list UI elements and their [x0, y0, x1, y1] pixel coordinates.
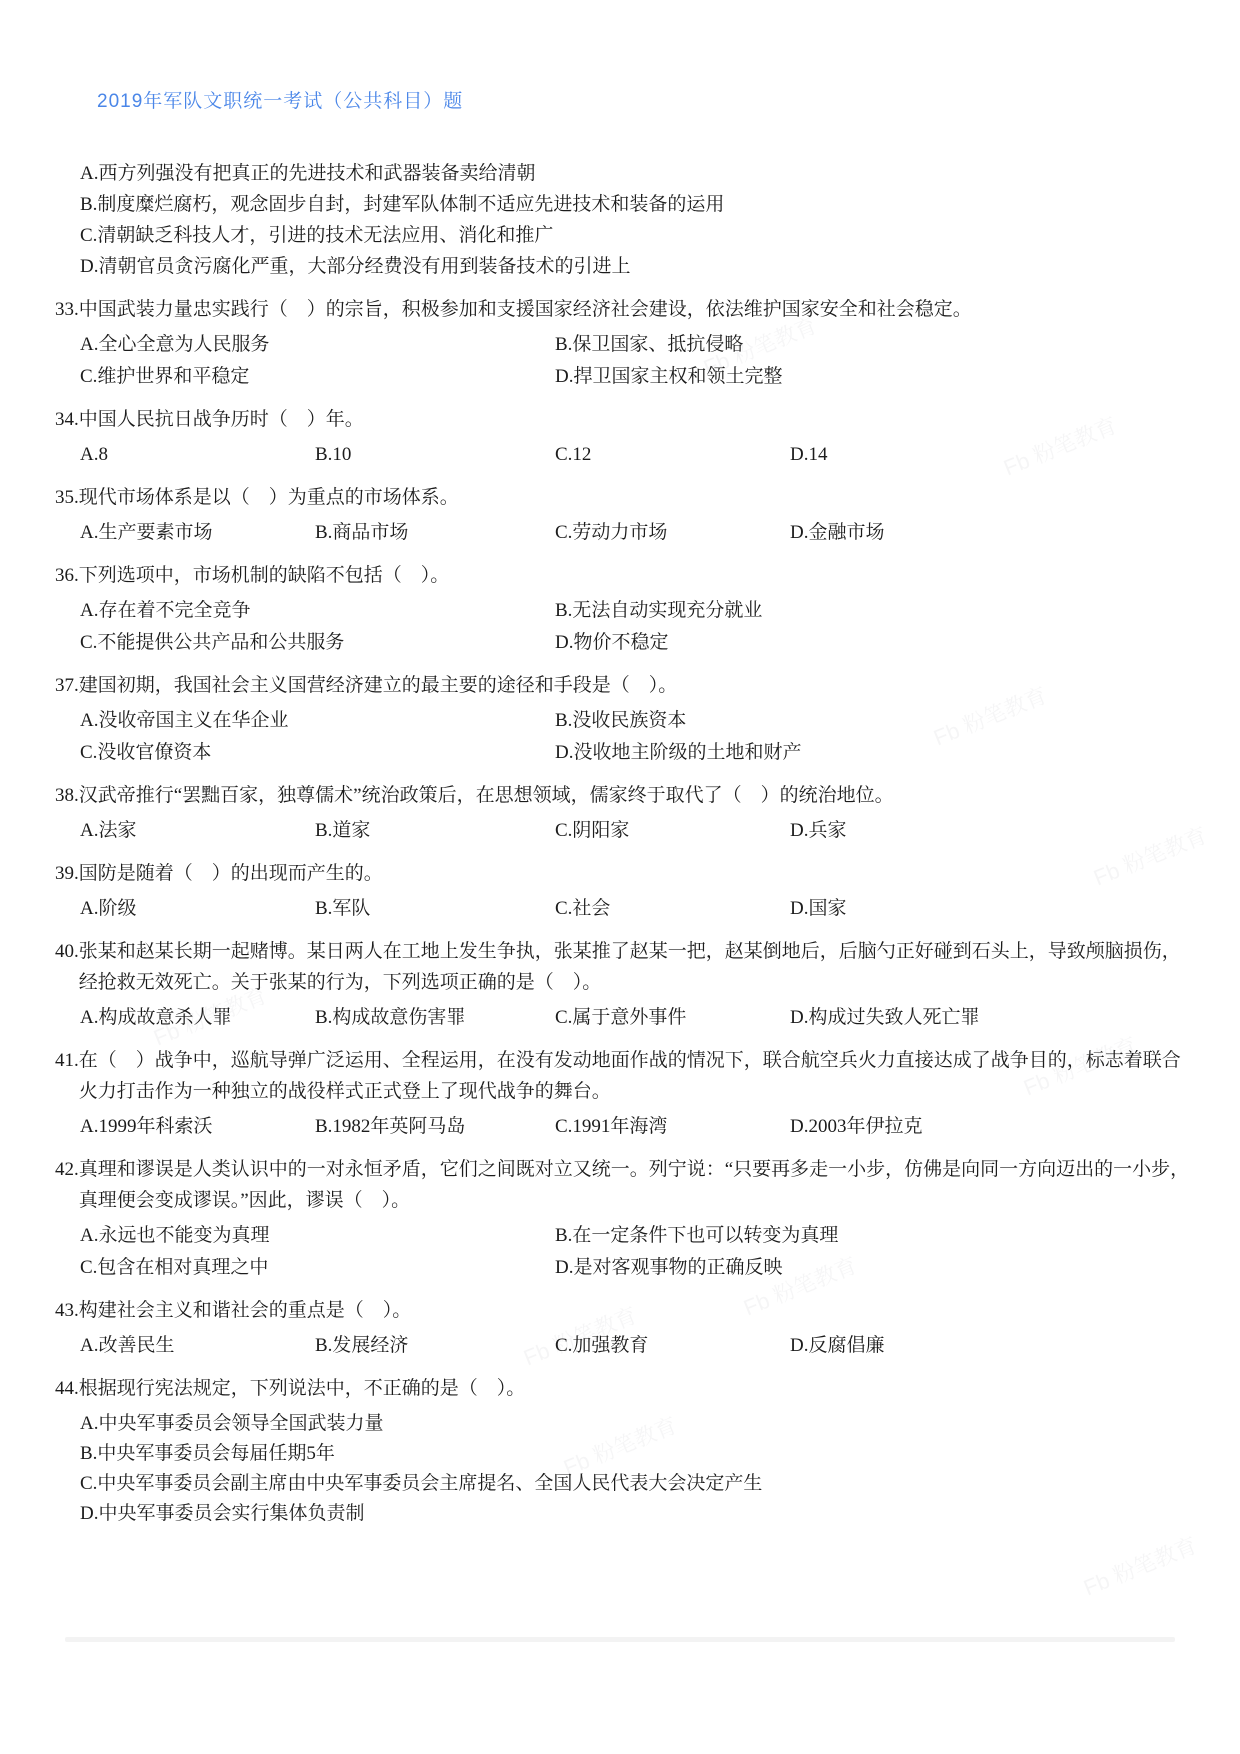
option-label: D.金融市场 — [790, 518, 1192, 548]
option-label: C.劳动力市场 — [555, 518, 790, 548]
option-label: A.全心全意为人民服务 — [80, 330, 555, 360]
option-label: B.制度糜烂腐朽，观念固步自封，封建军队体制不适应先进技术和装备的运用 — [55, 189, 1192, 220]
question-text: 现代市场体系是以（ ）为重点的市场体系。 — [79, 482, 1192, 513]
question-line: 38. 汉武帝推行“罢黜百家，独尊儒术”统治政策后，在思想领域，儒家终于取代了（… — [55, 780, 1192, 811]
option-label: C.不能提供公共产品和公共服务 — [80, 628, 555, 658]
option-label: C.12 — [555, 440, 790, 470]
question-number: 37. — [55, 670, 79, 701]
question-options: A.改善民生B.发展经济C.加强教育D.反腐倡廉 — [55, 1331, 1192, 1361]
question-options: A.8B.10C.12D.14 — [55, 440, 1192, 470]
question-options: A.永远也不能变为真理B.在一定条件下也可以转变为真理C.包含在相对真理之中D.… — [55, 1221, 1192, 1283]
previous-question-options: A.西方列强没有把真正的先进技术和武器装备卖给清朝B.制度糜烂腐朽，观念固步自封… — [55, 158, 1192, 282]
option-label: C.属于意外事件 — [555, 1003, 790, 1033]
question-text: 下列选项中，市场机制的缺陷不包括（ ）。 — [79, 560, 1192, 591]
option-label: A.8 — [80, 440, 315, 470]
option-label: B.没收民族资本 — [555, 706, 1192, 736]
option-label: C.包含在相对真理之中 — [80, 1253, 555, 1283]
question-line: 36. 下列选项中，市场机制的缺陷不包括（ ）。 — [55, 560, 1192, 591]
option-label: D.反腐倡廉 — [790, 1331, 1192, 1361]
option-label: B.无法自动实现充分就业 — [555, 596, 1192, 626]
question-text: 汉武帝推行“罢黜百家，独尊儒术”统治政策后，在思想领域，儒家终于取代了（ ）的统… — [79, 780, 1192, 811]
question-number: 44. — [55, 1373, 79, 1404]
exam-document-page: 2019年军队文职统一考试（公共科目）题 A.西方列强没有把真正的先进技术和武器… — [0, 0, 1240, 1754]
option-label: A.法家 — [80, 816, 315, 846]
question-block: 34. 中国人民抗日战争历时（ ）年。 A.8B.10C.12D.14 — [55, 404, 1192, 470]
option-label: C.加强教育 — [555, 1331, 790, 1361]
question-text: 中国武装力量忠实践行（ ）的宗旨，积极参加和支援国家经济社会建设，依法维护国家安… — [79, 294, 1192, 325]
question-block: 43. 构建社会主义和谐社会的重点是（ ）。 A.改善民生B.发展经济C.加强教… — [55, 1295, 1192, 1361]
question-number: 34. — [55, 404, 79, 435]
question-number: 39. — [55, 858, 79, 889]
question-block: 42. 真理和谬误是人类认识中的一对永恒矛盾，它们之间既对立又统一。列宁说：“只… — [55, 1154, 1192, 1283]
page-title: 2019年军队文职统一考试（公共科目）题 — [97, 86, 463, 113]
option-label: A.没收帝国主义在华企业 — [80, 706, 555, 736]
option-label: D.中央军事委员会实行集体负责制 — [80, 1499, 1192, 1529]
option-label: C.维护世界和平稳定 — [80, 362, 555, 392]
option-label: D.没收地主阶级的土地和财产 — [555, 738, 1192, 768]
question-text: 张某和赵某长期一起赌博。某日两人在工地上发生争执，张某推了赵某一把，赵某倒地后，… — [79, 936, 1192, 998]
question-options: A.构成故意杀人罪B.构成故意伤害罪C.属于意外事件D.构成过失致人死亡罪 — [55, 1003, 1192, 1033]
question-line: 43. 构建社会主义和谐社会的重点是（ ）。 — [55, 1295, 1192, 1326]
question-text: 建国初期，我国社会主义国营经济建立的最主要的途径和手段是（ ）。 — [79, 670, 1192, 701]
question-line: 41. 在（ ）战争中，巡航导弹广泛运用、全程运用，在没有发动地面作战的情况下，… — [55, 1045, 1192, 1107]
option-label: D.物价不稳定 — [555, 628, 1192, 658]
question-number: 43. — [55, 1295, 79, 1326]
question-options: A.法家B.道家C.阴阳家D.兵家 — [55, 816, 1192, 846]
question-block: 39. 国防是随着（ ）的出现而产生的。 A.阶级B.军队C.社会D.国家 — [55, 858, 1192, 924]
question-text: 国防是随着（ ）的出现而产生的。 — [79, 858, 1192, 889]
option-label: A.1999年科索沃 — [80, 1112, 315, 1142]
question-block: 40. 张某和赵某长期一起赌博。某日两人在工地上发生争执，张某推了赵某一把，赵某… — [55, 936, 1192, 1033]
question-line: 39. 国防是随着（ ）的出现而产生的。 — [55, 858, 1192, 889]
question-number: 41. — [55, 1045, 79, 1107]
question-text: 在（ ）战争中，巡航导弹广泛运用、全程运用，在没有发动地面作战的情况下，联合航空… — [79, 1045, 1192, 1107]
option-label: B.构成故意伤害罪 — [315, 1003, 555, 1033]
option-label: C.社会 — [555, 894, 790, 924]
question-number: 40. — [55, 936, 79, 998]
option-label: A.中央军事委员会领导全国武装力量 — [80, 1409, 1192, 1439]
question-line: 37. 建国初期，我国社会主义国营经济建立的最主要的途径和手段是（ ）。 — [55, 670, 1192, 701]
questions: 33. 中国武装力量忠实践行（ ）的宗旨，积极参加和支援国家经济社会建设，依法维… — [55, 294, 1192, 1529]
option-label: C.阴阳家 — [555, 816, 790, 846]
option-label: B.1982年英阿马岛 — [315, 1112, 555, 1142]
option-label: C.没收官僚资本 — [80, 738, 555, 768]
option-label: C.中央军事委员会副主席由中央军事委员会主席提名、全国人民代表大会决定产生 — [80, 1469, 1192, 1499]
question-options: A.存在着不完全竞争B.无法自动实现充分就业C.不能提供公共产品和公共服务D.物… — [55, 596, 1192, 658]
question-block: 37. 建国初期，我国社会主义国营经济建立的最主要的途径和手段是（ ）。 A.没… — [55, 670, 1192, 768]
option-label: B.在一定条件下也可以转变为真理 — [555, 1221, 1192, 1251]
option-label: D.是对客观事物的正确反映 — [555, 1253, 1192, 1283]
option-label: B.军队 — [315, 894, 555, 924]
question-number: 33. — [55, 294, 79, 325]
question-options: A.中央军事委员会领导全国武装力量B.中央军事委员会每届任期5年C.中央军事委员… — [55, 1409, 1192, 1529]
option-label: D.捍卫国家主权和领土完整 — [555, 362, 1192, 392]
question-options: A.生产要素市场B.商品市场C.劳动力市场D.金融市场 — [55, 518, 1192, 548]
question-text: 构建社会主义和谐社会的重点是（ ）。 — [79, 1295, 1192, 1326]
watermark: Fb 粉笔教育 — [1079, 1529, 1202, 1603]
option-label: A.永远也不能变为真理 — [80, 1221, 555, 1251]
question-line: 44. 根据现行宪法规定，下列说法中，不正确的是（ ）。 — [55, 1373, 1192, 1404]
option-label: D.清朝官员贪污腐化严重，大部分经费没有用到装备技术的引进上 — [55, 251, 1192, 282]
question-line: 34. 中国人民抗日战争历时（ ）年。 — [55, 404, 1192, 435]
question-line: 42. 真理和谬误是人类认识中的一对永恒矛盾，它们之间既对立又统一。列宁说：“只… — [55, 1154, 1192, 1216]
question-options: A.全心全意为人民服务B.保卫国家、抵抗侵略C.维护世界和平稳定D.捍卫国家主权… — [55, 330, 1192, 392]
question-number: 42. — [55, 1154, 79, 1216]
option-label: D.2003年伊拉克 — [790, 1112, 1192, 1142]
option-label: B.商品市场 — [315, 518, 555, 548]
option-label: D.国家 — [790, 894, 1192, 924]
question-block: 44. 根据现行宪法规定，下列说法中，不正确的是（ ）。 A.中央军事委员会领导… — [55, 1373, 1192, 1529]
question-text: 真理和谬误是人类认识中的一对永恒矛盾，它们之间既对立又统一。列宁说：“只要再多走… — [79, 1154, 1192, 1216]
option-label: B.道家 — [315, 816, 555, 846]
question-text: 中国人民抗日战争历时（ ）年。 — [79, 404, 1192, 435]
option-label: D.14 — [790, 440, 1192, 470]
option-label: A.改善民生 — [80, 1331, 315, 1361]
question-line: 35. 现代市场体系是以（ ）为重点的市场体系。 — [55, 482, 1192, 513]
question-options: A.没收帝国主义在华企业B.没收民族资本C.没收官僚资本D.没收地主阶级的土地和… — [55, 706, 1192, 768]
question-line: 40. 张某和赵某长期一起赌博。某日两人在工地上发生争执，张某推了赵某一把，赵某… — [55, 936, 1192, 998]
question-block: 35. 现代市场体系是以（ ）为重点的市场体系。 A.生产要素市场B.商品市场C… — [55, 482, 1192, 548]
option-label: A.存在着不完全竞争 — [80, 596, 555, 626]
option-label: C.1991年海湾 — [555, 1112, 790, 1142]
option-label: A.西方列强没有把真正的先进技术和武器装备卖给清朝 — [55, 158, 1192, 189]
option-label: B.保卫国家、抵抗侵略 — [555, 330, 1192, 360]
question-block: 36. 下列选项中，市场机制的缺陷不包括（ ）。 A.存在着不完全竞争B.无法自… — [55, 560, 1192, 658]
option-label: A.阶级 — [80, 894, 315, 924]
question-block: 38. 汉武帝推行“罢黜百家，独尊儒术”统治政策后，在思想领域，儒家终于取代了（… — [55, 780, 1192, 846]
question-block: 41. 在（ ）战争中，巡航导弹广泛运用、全程运用，在没有发动地面作战的情况下，… — [55, 1045, 1192, 1142]
option-label: D.构成过失致人死亡罪 — [790, 1003, 1192, 1033]
question-number: 35. — [55, 482, 79, 513]
option-label: C.清朝缺乏科技人才，引进的技术无法应用、消化和推广 — [55, 220, 1192, 251]
exam-content: A.西方列强没有把真正的先进技术和武器装备卖给清朝B.制度糜烂腐朽，观念固步自封… — [55, 158, 1192, 1529]
option-label: B.10 — [315, 440, 555, 470]
question-number: 38. — [55, 780, 79, 811]
question-options: A.1999年科索沃B.1982年英阿马岛C.1991年海湾D.2003年伊拉克 — [55, 1112, 1192, 1142]
page-bottom-divider — [65, 1637, 1175, 1642]
option-label: A.生产要素市场 — [80, 518, 315, 548]
question-text: 根据现行宪法规定，下列说法中，不正确的是（ ）。 — [79, 1373, 1192, 1404]
option-label: A.构成故意杀人罪 — [80, 1003, 315, 1033]
question-block: 33. 中国武装力量忠实践行（ ）的宗旨，积极参加和支援国家经济社会建设，依法维… — [55, 294, 1192, 392]
option-label: B.中央军事委员会每届任期5年 — [80, 1439, 1192, 1469]
question-number: 36. — [55, 560, 79, 591]
question-options: A.阶级B.军队C.社会D.国家 — [55, 894, 1192, 924]
option-label: B.发展经济 — [315, 1331, 555, 1361]
question-line: 33. 中国武装力量忠实践行（ ）的宗旨，积极参加和支援国家经济社会建设，依法维… — [55, 294, 1192, 325]
option-label: D.兵家 — [790, 816, 1192, 846]
